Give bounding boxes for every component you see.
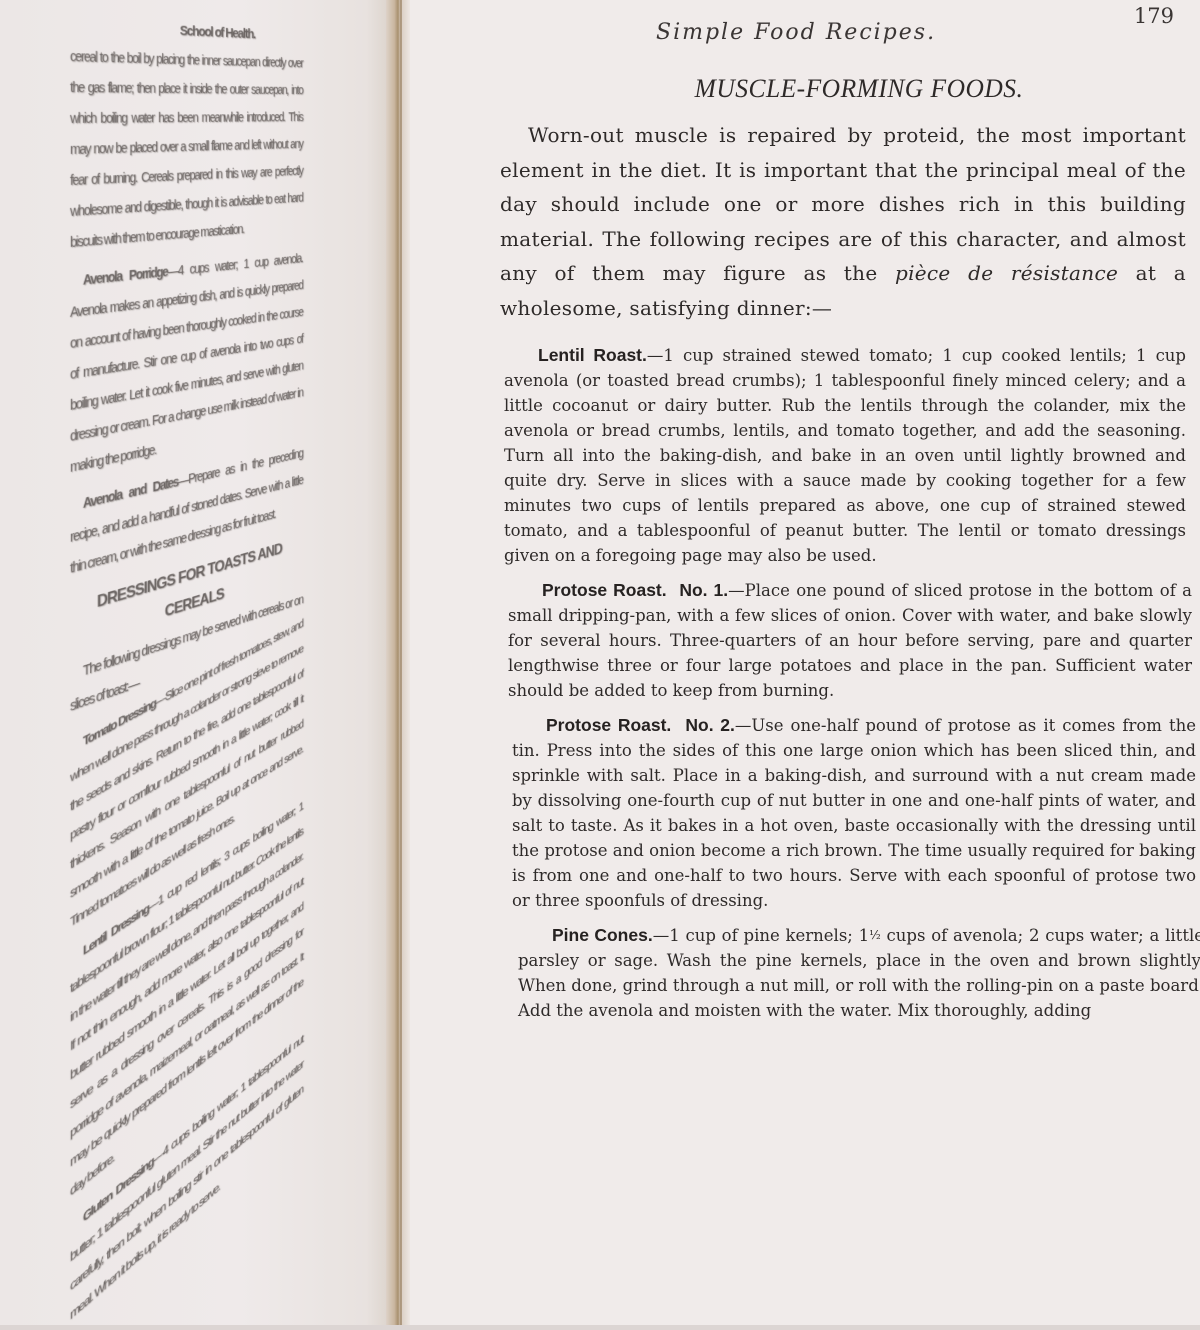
page-number: 179 — [1134, 4, 1174, 28]
right-page-content: Simple Food Recipes. 179 MUSCLE-FORMING … — [500, 0, 1198, 1033]
right-header: Simple Food Recipes. 179 — [500, 0, 1198, 50]
fold-line — [400, 0, 402, 1330]
left-page: School of Health. cereal to the boil by … — [0, 0, 398, 1330]
recipe-name: Avenola Porridge — [83, 264, 168, 288]
recipe-lentil-roast: Lentil Roast.—1 cup strained stewed toma… — [504, 343, 1186, 568]
page-bottom-edge — [0, 1325, 1200, 1330]
recipe-text: —1 cup strained stewed tomato; 1 cup coo… — [504, 346, 1186, 565]
section-title: MUSCLE-FORMING FOODS. — [527, 74, 1191, 104]
recipe-name: Protose Roast. — [512, 715, 671, 735]
right-page: Simple Food Recipes. 179 MUSCLE-FORMING … — [410, 0, 1200, 1325]
recipe-name: Lentil Roast. — [504, 345, 647, 365]
recipe-pine-cones: Pine Cones.—1 cup of pine kernels; 1½ cu… — [518, 923, 1200, 1023]
book-spread: School of Health. cereal to the boil by … — [0, 0, 1200, 1330]
left-opening-paragraph: cereal to the boil by placing the inner … — [70, 41, 303, 258]
intro-paragraph: Worn-out muscle is repaired by proteid, … — [500, 118, 1186, 325]
recipe-number: No. 2. — [685, 715, 734, 735]
left-lower-block: Tomato Dressing—Slice one pint of fresh … — [70, 610, 303, 1330]
intro-italic-phrase: pièce de résistance — [895, 261, 1118, 285]
book-gutter — [386, 0, 410, 1330]
recipe-protose-roast-1: Protose Roast. No. 1.—Place one pound of… — [508, 578, 1192, 703]
fraction-half: ½ — [869, 928, 881, 942]
recipe-name: Protose Roast. — [508, 580, 667, 600]
running-head-title: Simple Food Recipes. — [656, 20, 936, 45]
intro-text: Worn-out muscle is repaired by proteid, … — [500, 118, 1186, 325]
left-page-content: School of Health. cereal to the boil by … — [70, 10, 303, 1330]
recipe-protose-roast-2: Protose Roast. No. 2.—Use one-half pound… — [512, 713, 1196, 913]
recipe-text: —Use one-half pound of protose as it com… — [512, 716, 1196, 910]
recipe-name: Pine Cones. — [518, 925, 653, 945]
recipe-text-start: —1 cup of pine kernels; 1 — [653, 926, 869, 945]
recipe-number: No. 1. — [679, 580, 728, 600]
